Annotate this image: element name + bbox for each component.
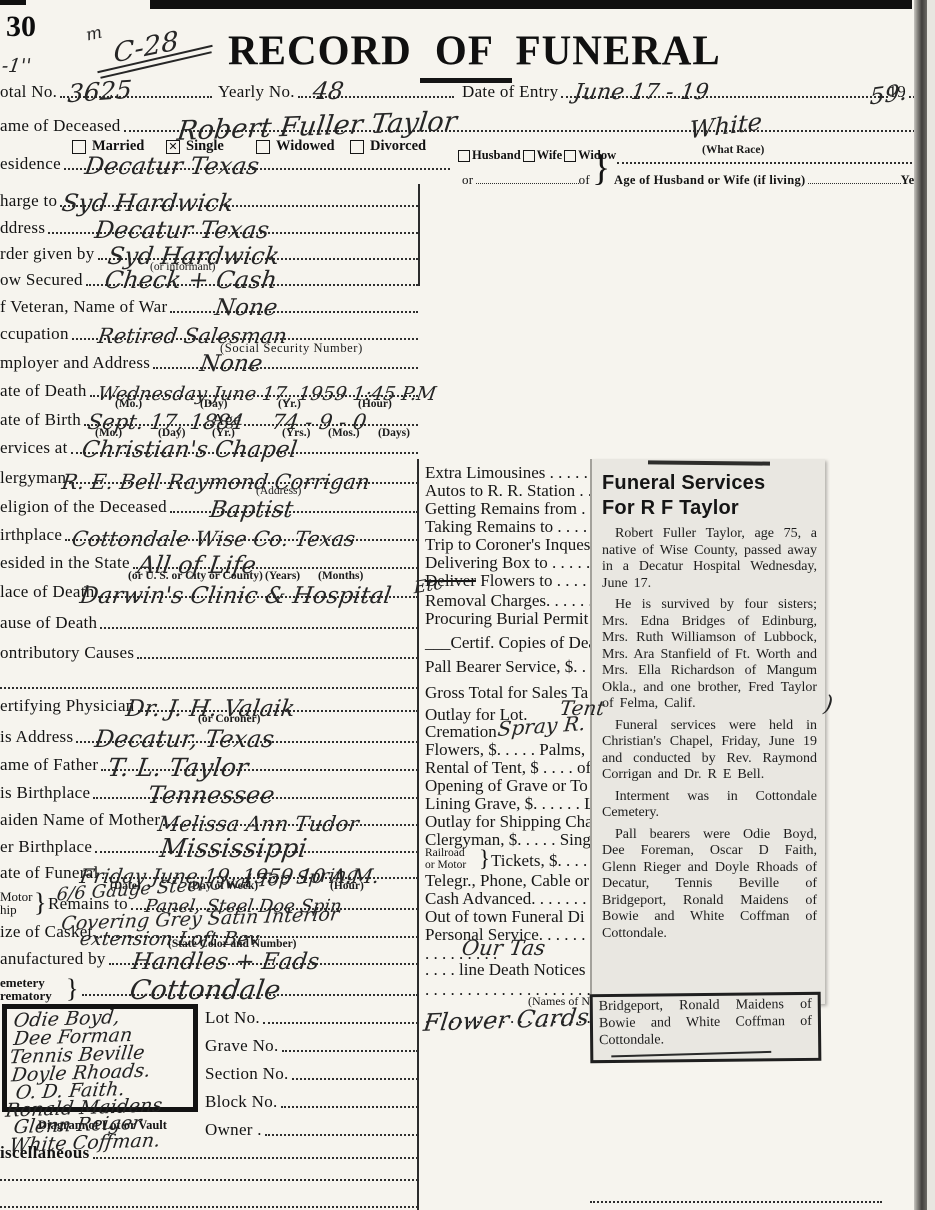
dotted-leader: [808, 183, 900, 184]
field-date-of-birth: ate of Birth Age Sept. 17, 1884 74 - 9 -…: [0, 408, 418, 430]
charge-cremation: Cremation: [425, 722, 497, 742]
dotted-leader: [617, 162, 932, 164]
charge-telegraph-phone: Telegr., Phone, Cable or: [425, 871, 589, 891]
field-clergyman-label: lergyman: [0, 468, 66, 488]
spouse-of-label: of: [579, 172, 590, 188]
clipping-paragraph: Funeral services were held in Christian'…: [602, 718, 817, 784]
field-cause-of-death-label: ause of Death: [0, 613, 97, 633]
field-order-given-by: rder given by Syd Hardwick: [0, 242, 418, 264]
field-maiden-name-of-mother-label: aiden Name of Mother: [0, 810, 160, 830]
clipping-paragraph: He is survived by four sisters; Mrs. Edn…: [602, 597, 817, 713]
field-date-of-death-value: Wednesday June 17, 1959 1:45 P.M: [96, 383, 437, 405]
dotted-leader: [476, 183, 578, 184]
spouse-or-of-line: or of: [462, 170, 590, 188]
field-religion-value: Baptist: [208, 497, 295, 523]
field-residence: esidence Decatur Texas: [0, 152, 450, 174]
scan-binding-shadow: [914, 0, 927, 1210]
charge-cash-advanced: Cash Advanced. . . . . . . .: [425, 889, 595, 909]
field-veteran-war-value: None: [213, 295, 279, 321]
field-place-of-death: lace of Death Darwin's Clinic & Hospital: [0, 580, 418, 602]
crematory-label: rematory: [0, 989, 52, 1002]
field-yearly-no-label: Yearly No.: [218, 82, 295, 102]
field-residence-value: Decatur Texas: [83, 152, 261, 180]
field-lot-no: Lot No.: [205, 1006, 418, 1028]
field-owner-label: Owner .: [205, 1120, 262, 1140]
charge-deliver-flowers: Deliver Flowers to . . . . .: [425, 571, 595, 591]
newspaper-clipping-fragment: Bridgeport, Ronald Maidens of Bowie and …: [590, 992, 822, 1063]
field-total-no-label: otal No.: [0, 82, 57, 102]
dotted-leader: [292, 1078, 418, 1080]
charge-burial-permit: Procuring Burial Permit: [425, 609, 588, 629]
charge-certif-copies: ___Certif. Copies of Deat: [425, 633, 601, 653]
field-birthplace-value: Cottondale Wise Co. Texas: [70, 527, 356, 551]
stray-pen-mark: -1'': [0, 55, 32, 77]
charge-shipping: Outlay for Shipping Cha: [425, 812, 593, 832]
field-cemetery-value: Cottondale: [128, 975, 283, 1006]
field-grave-no: Grave No.: [205, 1034, 418, 1056]
dotted-leader: [153, 367, 418, 369]
field-employer-value: None: [198, 351, 264, 377]
field-how-secured-label: ow Secured: [0, 270, 83, 290]
charge-getting-remains: Getting Remains from . .: [425, 499, 594, 519]
field-services-at: ervices at Christian's Chapel: [0, 436, 418, 458]
field-name-of-deceased-label: ame of Deceased: [0, 116, 121, 136]
charge-bracket-rule: [418, 184, 420, 286]
field-section-no: Section No.: [205, 1062, 418, 1084]
dotted-leader: [170, 511, 418, 513]
field-clergyman-value: R. E. Bell Raymond Corrigan: [60, 470, 371, 494]
field-maiden-name-of-mother-value: Melissa Ann Tudor: [156, 812, 360, 836]
field-name-of-father: ame of Father T. L. Taylor: [0, 753, 418, 775]
field-entry-year-value: 59.: [869, 80, 907, 111]
field-occupation-value: Retired Salesman: [96, 324, 288, 348]
field-clergyman: lergyman R. E. Bell Raymond Corrigan: [0, 466, 418, 488]
charge-out-of-town-director: Out of town Funeral Di: [425, 907, 585, 927]
remains-brace: }: [34, 888, 46, 918]
field-resided-in-state-label: esided in the State: [0, 553, 130, 573]
field-charge-to: harge to Syd Hardwick: [0, 189, 418, 211]
funeral-record-scan: 30 -1'' m C-28 RECORD OF FUNERAL otal No…: [0, 0, 935, 1210]
charge-autos-rr-station: Autos to R. R. Station . .: [425, 481, 592, 501]
charge-delivering-box: Delivering Box to . . . . .: [425, 553, 590, 573]
birth-cap-days: (Days): [378, 427, 410, 439]
field-religion: eligion of the Deceased Baptist: [0, 495, 418, 517]
checkbox-widow-box: [564, 150, 576, 162]
field-manufactured-by: anufactured by Handles + Eads: [0, 947, 418, 969]
field-order-given-by-label: rder given by: [0, 244, 95, 264]
scan-top-edge-left: [0, 0, 26, 5]
charge-taking-remains: Taking Remains to . . . .: [425, 517, 587, 537]
field-address: ddress Decatur Texas: [0, 216, 418, 238]
margin-code: C-28: [113, 26, 179, 70]
page-title: RECORD OF FUNERAL: [228, 25, 658, 75]
field-cemetery: Cottondale: [82, 978, 418, 1000]
spouse-dotted-line: [614, 146, 932, 168]
newspaper-clipping: Funeral Services For R F Taylor Robert F…: [592, 459, 825, 1004]
field-residence-label: esidence: [0, 154, 61, 174]
field-certifying-physician-label: ertifying Physician: [0, 696, 135, 716]
field-his-address-value: Decatur, Texas: [93, 725, 276, 753]
hw-flower-cards: Flower Cards: [422, 1003, 591, 1037]
field-manufactured-by-label: anufactured by: [0, 949, 106, 969]
scan-paper-edge: [927, 0, 935, 1210]
dotted-leader: [590, 1201, 882, 1203]
field-services-at-label: ervices at: [0, 438, 68, 458]
hw-our-tas: Our Tas: [460, 936, 547, 960]
checkbox-wife-box: [523, 150, 535, 162]
field-employer-label: mployer and Address: [0, 353, 150, 373]
checkbox-husband-label: Husband: [472, 148, 521, 163]
clipping-fragment-text: Bridgeport, Ronald Maidens of Bowie and …: [599, 996, 813, 1049]
field-address-value: Decatur Texas: [93, 216, 271, 244]
charge-opening-grave: Opening of Grave or To: [425, 776, 588, 796]
field-her-birthplace-value: Mississippi: [158, 834, 309, 864]
clipping-paragraph: Interment was in Cottondale Cemetery.: [602, 789, 817, 822]
field-lot-no-label: Lot No.: [205, 1008, 260, 1028]
charge-extra-limousines: Extra Limousines . . . . .: [425, 463, 588, 483]
ship-label: hip: [0, 903, 17, 916]
field-address-label: ddress: [0, 218, 45, 238]
field-how-secured-value: Check + Cash: [103, 266, 279, 294]
field-contributory-causes-label: ontributory Causes: [0, 643, 134, 663]
field-owner: Owner .: [205, 1118, 418, 1140]
field-his-birthplace: is Birthplace Tennessee: [0, 781, 418, 803]
casket-handwriting-line2: extension Loft Bev: [78, 928, 260, 950]
dotted-leader: [0, 1179, 418, 1181]
field-charge-to-label: harge to: [0, 191, 57, 211]
field-his-address-label: is Address: [0, 727, 73, 747]
margin-squiggle: m: [84, 23, 104, 46]
field-block-no: Block No.: [205, 1090, 418, 1112]
field-yearly-no-value: 48: [311, 77, 345, 105]
hw-cremation-value: Spray R.: [497, 711, 587, 741]
spouse-age-line: Age of Husband or Wife (if living) Years: [614, 170, 932, 188]
clipping-headline-line1: Funeral Services: [602, 471, 817, 496]
field-name-of-father-label: ame of Father: [0, 755, 98, 775]
spouse-brace: }: [592, 146, 610, 190]
field-his-birthplace-value: Tennessee: [146, 781, 276, 809]
field-date-of-birth-value: Sept. 17, 1884: [86, 410, 245, 434]
contributory-continuation-line: [0, 671, 418, 693]
field-resided-in-state-value: All of Life: [136, 551, 258, 579]
field-cause-of-death: ause of Death: [0, 611, 418, 633]
what-race-caption: (What Race): [702, 144, 764, 156]
or-motor-label: or Motor: [425, 860, 466, 872]
fragment-underline-mark: [611, 1051, 771, 1057]
charge-flowers-palms: Flowers, $. . . . . Palms, $: [425, 740, 598, 760]
field-race-value: White: [689, 108, 762, 145]
checkbox-wife-label: Wife: [537, 148, 562, 163]
dotted-leader: [0, 687, 418, 689]
field-yearly-no: Yearly No. 48: [218, 80, 454, 102]
field-block-no-label: Block No.: [205, 1092, 278, 1112]
misc-line-3: [0, 1190, 418, 1210]
clipping-content: Funeral Services For R F Taylor Robert F…: [592, 459, 825, 948]
field-date-of-birth-label: ate of Birth: [0, 410, 81, 430]
field-name-of-father-value: T. L. Taylor: [106, 753, 250, 782]
field-name-of-deceased: ame of Deceased Robert Fuller Taylor Whi…: [0, 114, 935, 136]
field-total-no: otal No. 3625: [0, 80, 212, 102]
dotted-leader: [100, 627, 418, 629]
field-his-address: is Address Decatur, Texas: [0, 725, 418, 747]
deliver-rest: Flowers to . . . . .: [476, 571, 595, 590]
checkbox-husband-box: [458, 150, 470, 162]
field-certifying-physician-value: Dr. J. H. Valaik: [124, 696, 296, 722]
field-age-value: 74 - 9 - 0: [270, 410, 368, 434]
charge-pall-bearer-service: Pall Bearer Service, $. . .: [425, 657, 594, 677]
dotted-leader: [281, 1106, 418, 1108]
dotted-leader: [263, 1022, 418, 1024]
charge-removal: Removal Charges. . . . . .: [425, 591, 593, 611]
field-occupation-label: ccupation: [0, 324, 69, 344]
field-manufactured-by-value: Handles + Eads: [130, 949, 321, 975]
field-her-birthplace-label: er Birthplace: [0, 837, 92, 857]
field-certifying-physician: ertifying Physician Dr. J. H. Valaik: [0, 694, 418, 716]
field-contributory-causes: ontributory Causes: [0, 641, 418, 663]
field-birthplace: irthplace Cottondale Wise Co. Texas: [0, 523, 418, 545]
dotted-leader: [170, 311, 418, 313]
page-number: 30: [6, 10, 36, 44]
clipping-headline-line2: For R F Taylor: [602, 496, 817, 521]
clipping-paragraph: Pall bearers were Odie Boyd, Dee Foreman…: [602, 827, 817, 943]
spouse-or-label: or: [462, 172, 473, 188]
dotted-leader: [137, 657, 418, 659]
field-veteran-war-label: f Veteran, Name of War: [0, 297, 167, 317]
dotted-leader: [282, 1050, 418, 1052]
spouse-age-label: Age of Husband or Wife (if living): [614, 173, 805, 188]
charge-clergyman-singers: Clergyman, $. . . . . Singe: [425, 830, 598, 850]
field-date-of-death: ate of Death Wednesday June 17, 1959 1:4…: [0, 379, 418, 401]
field-date-of-entry-label: Date of Entry: [462, 82, 558, 102]
charge-coroners-inquest: Trip to Coroner's Inques: [425, 535, 590, 555]
line-death-notices: . . . . line Death Notices: [425, 960, 586, 980]
field-section-no-label: Section No.: [205, 1064, 289, 1084]
field-her-birthplace: er Birthplace Mississippi: [0, 835, 418, 857]
field-date-of-entry: Date of Entry 19 June 17 - 19 59.: [462, 80, 935, 102]
field-birthplace-label: irthplace: [0, 525, 62, 545]
field-grave-no-label: Grave No.: [205, 1036, 279, 1056]
field-date-of-entry-value: June 17 - 19: [572, 80, 710, 105]
charge-tickets: Tickets, $. . . . .: [491, 851, 596, 871]
resided-cap-years: (Years): [265, 570, 300, 582]
field-veteran-war: f Veteran, Name of War None: [0, 295, 418, 317]
scan-top-edge: [150, 0, 912, 9]
field-services-at-value: Christian's Chapel: [80, 437, 299, 463]
field-place-of-death-value: Darwin's Clinic & Hospital: [78, 583, 393, 609]
field-charge-to-value: Syd Hardwick: [60, 189, 235, 217]
dotted-leader: [0, 1206, 418, 1208]
field-maiden-name-of-mother: aiden Name of Mother Melissa Ann Tudor: [0, 808, 418, 830]
field-date-of-death-label: ate of Death: [0, 381, 87, 401]
field-how-secured: ow Secured Check + Cash: [0, 268, 418, 290]
resided-cap-months: (Months): [318, 570, 363, 582]
misc-line-2: [0, 1163, 418, 1185]
field-total-no-value: 3625: [67, 75, 133, 108]
charge-lining-grave: Lining Grave, $. . . . . . L: [425, 794, 595, 814]
field-religion-label: eligion of the Deceased: [0, 497, 167, 517]
bottom-right-dotted-line: [590, 1185, 882, 1207]
field-his-birthplace-label: is Birthplace: [0, 783, 90, 803]
dotted-leader: [265, 1134, 418, 1136]
dotted-leader: [93, 1157, 418, 1159]
cemetery-brace: }: [66, 974, 78, 1004]
clipping-paragraph: Robert Fuller Taylor, age 75, a native o…: [602, 526, 817, 592]
charge-rental-of-tent: Rental of Tent, $ . . . . of: [425, 758, 591, 778]
